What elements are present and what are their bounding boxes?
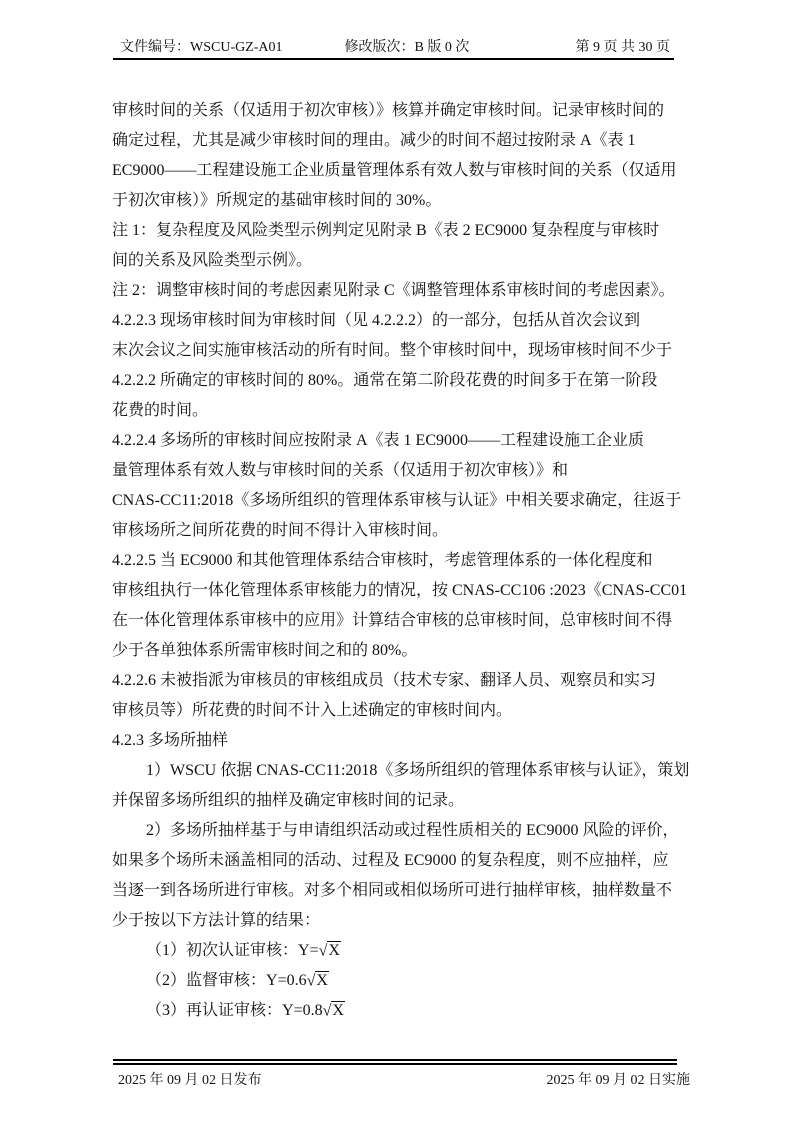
formula-expression: Y=0.6 [266, 972, 307, 989]
clause-line: 4.2.2.3 现场审核时间为审核时间（见 4.2.2.2）的一部分，包括从首次… [112, 306, 690, 336]
body-line: 审核场所之间所花费的时间不得计入审核时间。 [112, 516, 690, 546]
sqrt-sign-icon: √ [319, 937, 328, 967]
sqrt-radical: √X [319, 942, 341, 959]
note-line: 注 2：调整审核时间的考虑因素见附录 C《调整管理体系审核时间的考虑因素》。 [112, 276, 690, 306]
body-line: 花费的时间。 [112, 396, 690, 426]
note-line: 间的关系及风险类型示例》。 [112, 246, 690, 276]
clause-line: 4.2.2.4 多场所的审核时间应按附录 A《表 1 EC9000——工程建设施… [112, 426, 690, 456]
document-page: 文件编号：WSCU-GZ-A01 修改版次：B 版 0 次 第 9 页 共 30… [0, 0, 794, 1123]
body-line: 审核员等）所花费的时间不计入上述确定的审核时间内。 [112, 696, 690, 726]
sqrt-radicand: X [327, 941, 341, 959]
body-line: 末次会议之间实施审核活动的所有时间。整个审核时间中，现场审核时间不少于 [112, 336, 690, 366]
formula-label: （2）监督审核： [146, 972, 266, 989]
note-line: 注 1：复杂程度及风险类型示例判定见附录 B《表 2 EC9000 复杂程度与审… [112, 216, 690, 246]
page-header: 文件编号：WSCU-GZ-A01 修改版次：B 版 0 次 第 9 页 共 30… [120, 36, 670, 56]
body-line: EC9000——工程建设施工企业质量管理体系有效人数与审核时间的关系（仅适用 [112, 156, 690, 186]
body-line: 少于各单独体系所需审核时间之和的 80%。 [112, 636, 690, 666]
body-line: 当逐一到各场所进行审核。对多个相同或相似场所可进行抽样审核，抽样数量不 [112, 876, 690, 906]
body-line: 在一体化管理体系审核中的应用》计算结合审核的总审核时间，总审核时间不得 [112, 606, 690, 636]
formula-label: （1）初次认证审核： [146, 942, 298, 959]
formula-label: （3）再认证审核： [146, 1002, 282, 1019]
body-line: 少于按以下方法计算的结果： [112, 906, 690, 936]
body-line: 确定过程，尤其是减少审核时间的理由。减少的时间不超过按附录 A《表 1 [112, 126, 690, 156]
header-divider [113, 58, 674, 60]
body-line: 审核时间的关系（仅适用于初次审核）》核算并确定审核时间。记录审核时间的 [112, 96, 690, 126]
sqrt-sign-icon: √ [307, 967, 316, 997]
footer-divider-thin [113, 1063, 677, 1064]
body-line: 审核组执行一体化管理体系审核能力的情况，按 CNAS-CC106 :2023《C… [112, 576, 690, 606]
release-date: 2025 年 09 月 02 日发布 [118, 1069, 262, 1089]
body-line: 量管理体系有效人数与审核时间的关系（仅适用于初次审核）》和 [112, 456, 690, 486]
sqrt-radical: √X [323, 1002, 345, 1019]
sqrt-radical: √X [307, 972, 329, 989]
body-line: 4.2.2.2 所确定的审核时间的 80%。通常在第二阶段花费的时间多于在第一阶… [112, 366, 690, 396]
formula-recertification-audit: （3）再认证审核：Y=0.8√X [112, 996, 690, 1026]
page-footer: 2025 年 09 月 02 日发布 2025 年 09 月 02 日实施 [118, 1069, 690, 1089]
body-line: 并保留多场所组织的抽样及确定审核时间的记录。 [112, 786, 690, 816]
page-number-label: 第 9 页 共 30 页 [576, 36, 671, 56]
doc-number: 文件编号：WSCU-GZ-A01 [120, 36, 283, 56]
body-line: CNAS-CC11:2018《多场所组织的管理体系审核与认证》中相关要求确定，往… [112, 486, 690, 516]
implement-date: 2025 年 09 月 02 日实施 [547, 1069, 691, 1089]
footer-divider [113, 1059, 677, 1065]
clause-heading: 4.2.3 多场所抽样 [112, 726, 690, 756]
body-line: 于初次审核）》所规定的基础审核时间的 30%。 [112, 186, 690, 216]
body-line: 如果多个场所未涵盖相同的活动、过程及 EC9000 的复杂程度，则不应抽样，应 [112, 846, 690, 876]
clause-line: 4.2.2.6 未被指派为审核员的审核组成员（技术专家、翻译人员、观察员和实习 [112, 666, 690, 696]
formula-expression: Y= [298, 942, 319, 959]
formula-expression: Y=0.8 [282, 1002, 323, 1019]
clause-line: 4.2.2.5 当 EC9000 和其他管理体系结合审核时，考虑管理体系的一体化… [112, 546, 690, 576]
list-item: 1）WSCU 依据 CNAS-CC11:2018《多场所组织的管理体系审核与认证… [112, 756, 690, 786]
sqrt-radicand: X [331, 1001, 345, 1019]
formula-surveillance-audit: （2）监督审核：Y=0.6√X [112, 966, 690, 996]
list-item: 2）多场所抽样基于与申请组织活动或过程性质相关的 EC9000 风险的评价， [112, 816, 690, 846]
revision-label: 修改版次：B 版 0 次 [345, 36, 470, 56]
document-body: 审核时间的关系（仅适用于初次审核）》核算并确定审核时间。记录审核时间的 确定过程… [112, 96, 690, 1026]
sqrt-sign-icon: √ [323, 997, 332, 1027]
formula-initial-audit: （1）初次认证审核：Y=√X [112, 936, 690, 966]
sqrt-radicand: X [315, 971, 329, 989]
